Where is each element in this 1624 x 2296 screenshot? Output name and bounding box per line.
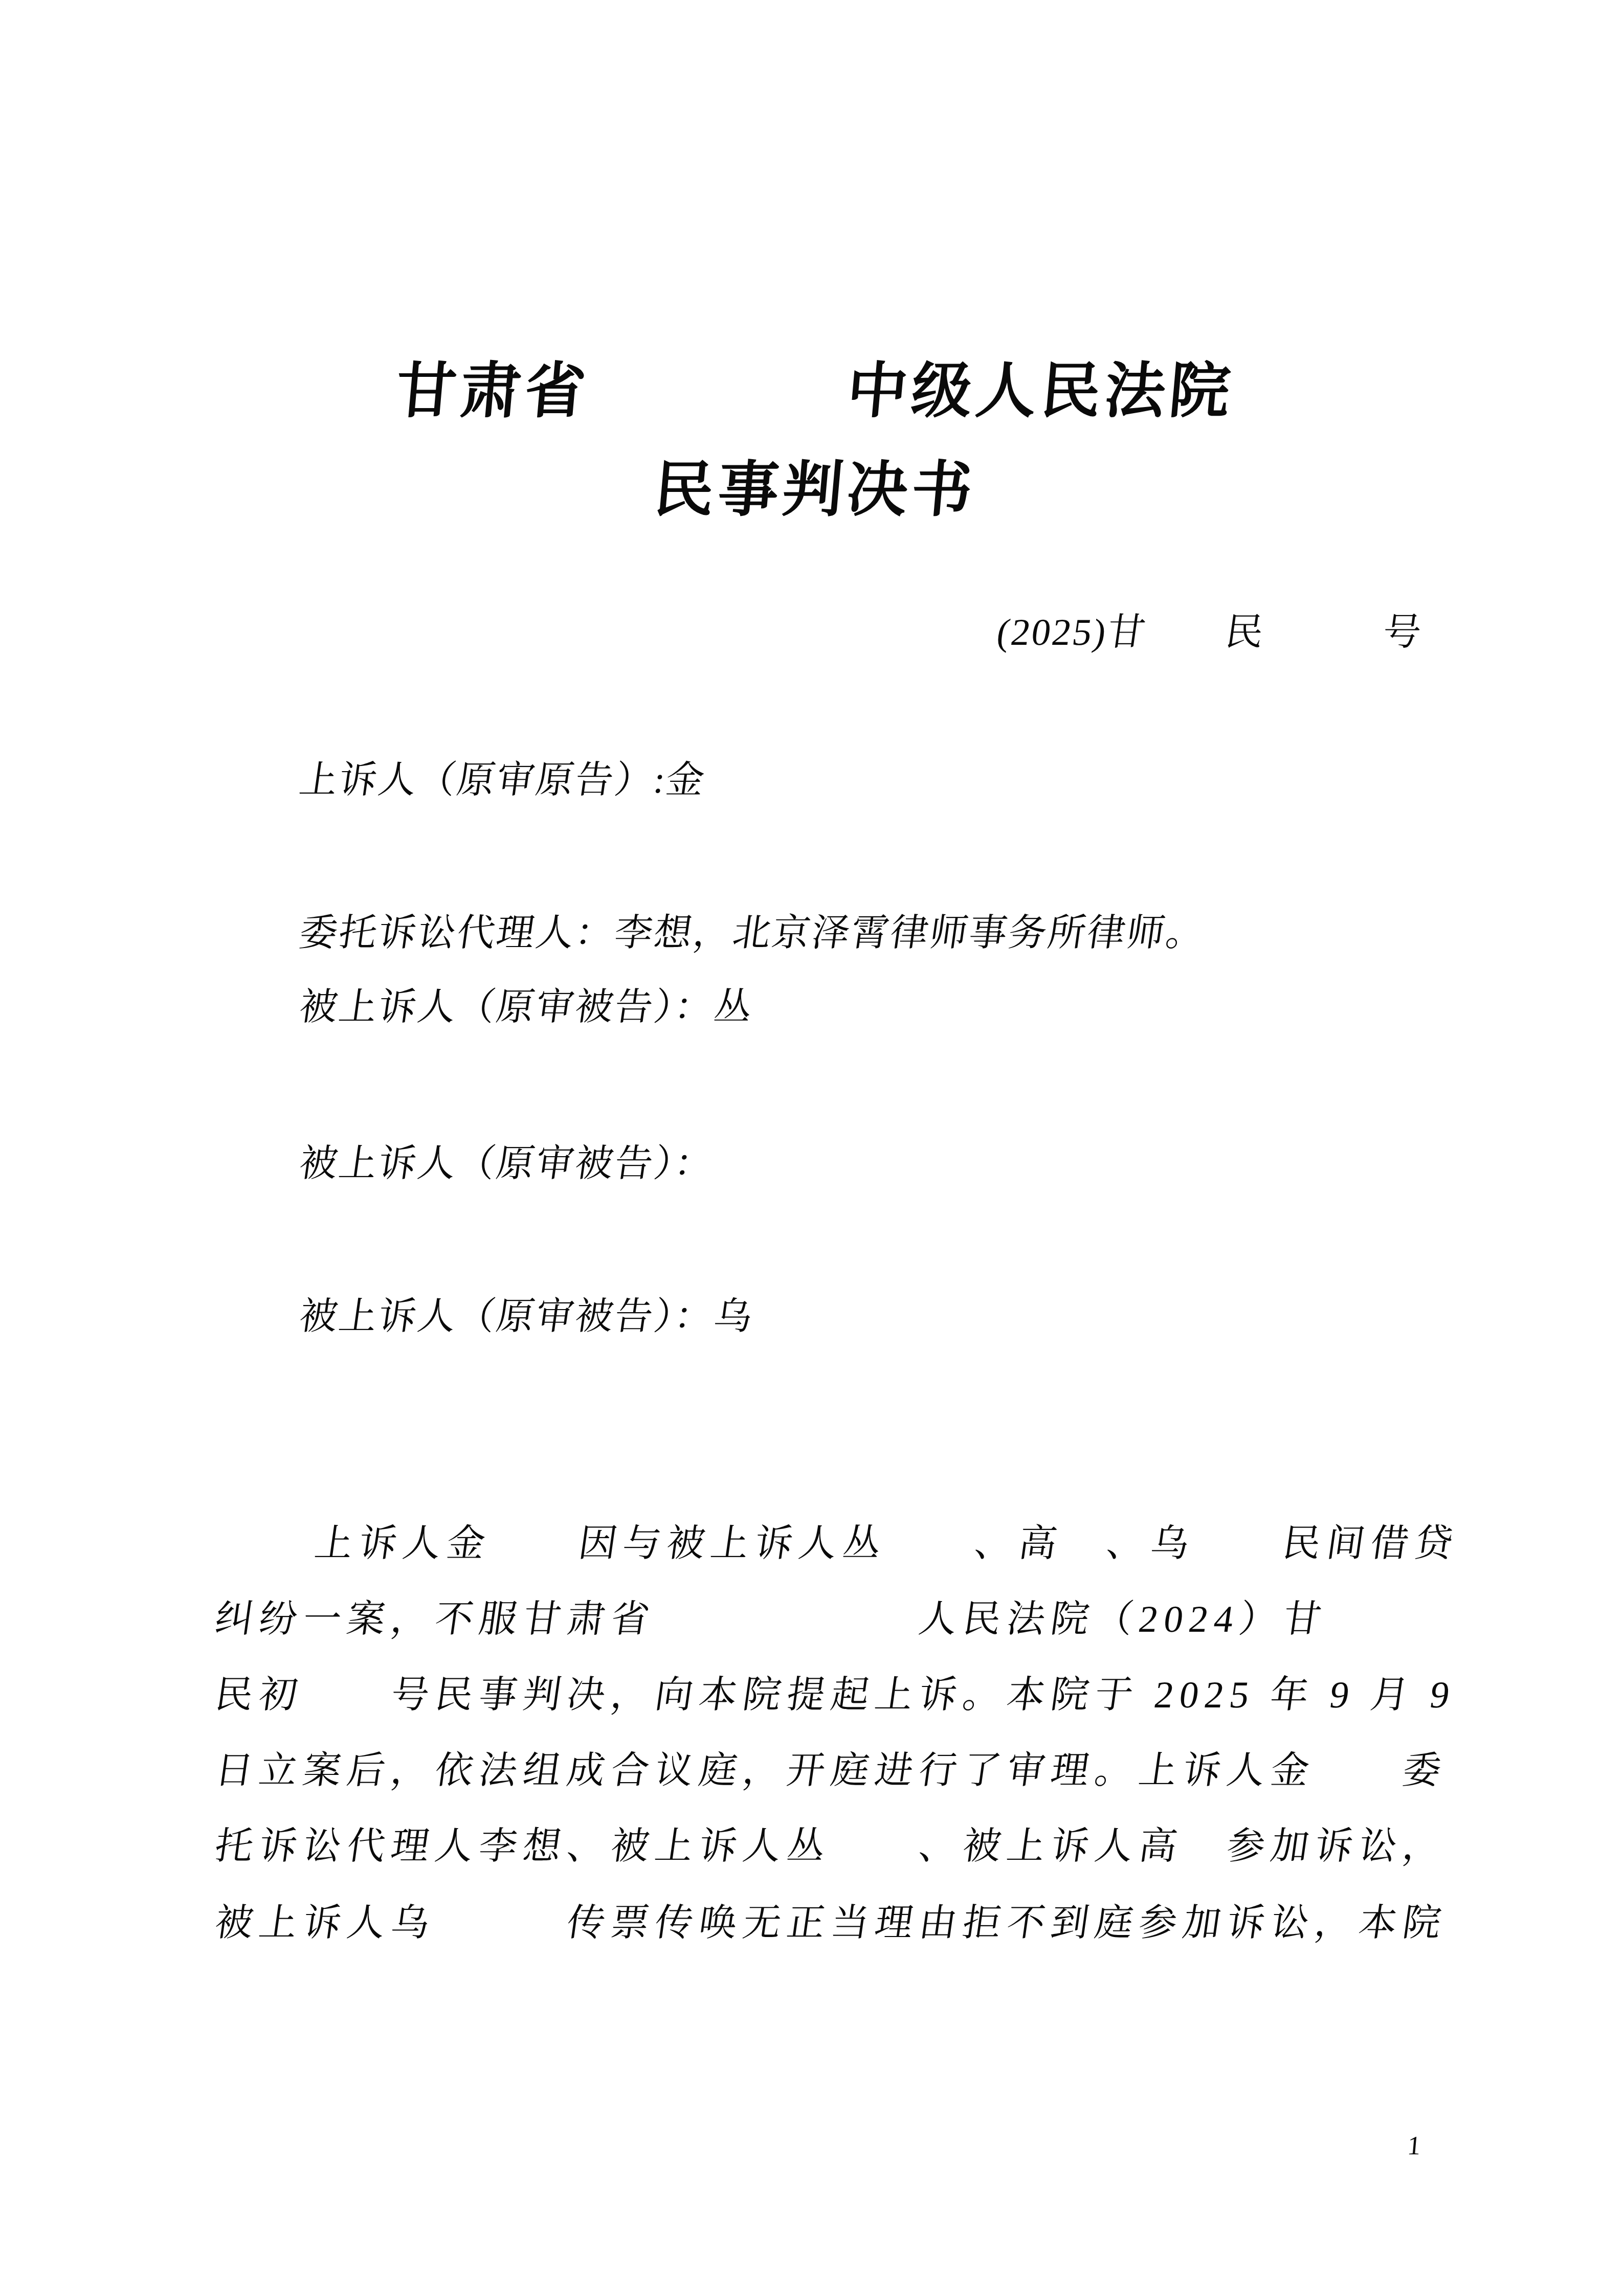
party-line-appellant: 上诉人（原审原告）:金 — [212, 759, 1426, 802]
page-number: 1 — [212, 2131, 1427, 2161]
body-text-line: 日立案后，依法组成合议庭，开庭进行了审理。上诉人金 委 — [212, 1750, 1426, 1792]
body-text-line: 上诉人金 因与被上诉人丛 、高 、乌 民间借贷 — [212, 1523, 1426, 1565]
party-line-appellee-1: 被上诉人（原审被告）：丛 — [212, 986, 1426, 1029]
case-number: (2025)甘 民 号 — [212, 612, 1436, 654]
body-text-line: 纠纷一案，不服甘肃省 人民法院（2024）甘 — [212, 1599, 1426, 1641]
party-line-appellee-2: 被上诉人（原审被告）： — [212, 1143, 1426, 1185]
body-text-line: 被上诉人乌 传票传唤无正当理由拒不到庭参加诉讼，本院 — [212, 1902, 1426, 1945]
body-text-line: 托诉讼代理人李想、被上诉人丛 、被上诉人高 参加诉讼， — [212, 1826, 1426, 1868]
party-line-agent: 委托诉讼代理人：李想，北京泽霄律师事务所律师。 — [212, 912, 1426, 955]
court-name-title: 甘肃省 中级人民法院 — [0, 358, 1624, 425]
party-line-appellee-3: 被上诉人（原审被告）：乌 — [212, 1296, 1426, 1338]
body-text-line: 民初 号民事判决，向本院提起上诉。本院于 2025 年 9 月 9 — [212, 1674, 1426, 1717]
document-type-title: 民事判决书 — [0, 457, 1624, 524]
judgment-document-page: 甘肃省 中级人民法院 民事判决书 (2025)甘 民 号 上诉人（原审原告）:金… — [0, 0, 1624, 2296]
